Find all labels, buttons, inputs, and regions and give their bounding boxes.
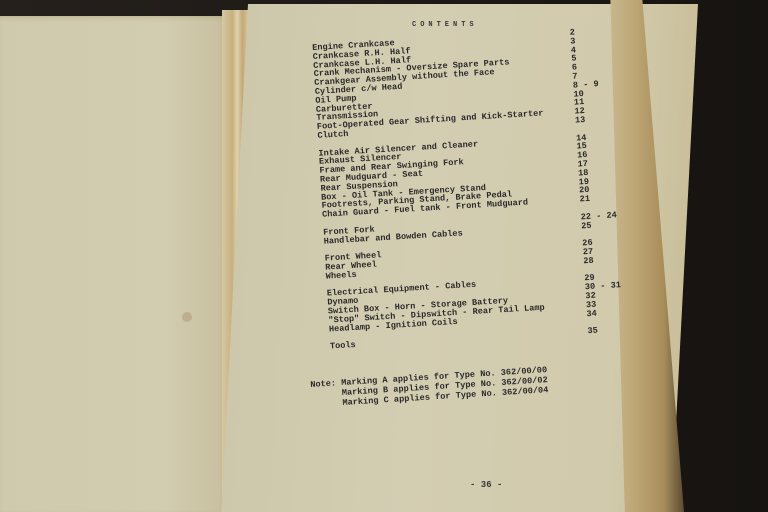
page-number: - 36 - (470, 481, 502, 490)
table-of-contents: Engine Crankcase2Crankcase R.H. Half3Cra… (312, 24, 660, 351)
type-marking-note: Note: Marking A applies for Type No. 362… (310, 361, 611, 410)
toc-entry-title: Tools (330, 341, 356, 351)
page-heading: CONTENTS (412, 21, 478, 30)
note-label: Note: (310, 378, 336, 390)
toc-entry-page: 35 (587, 327, 598, 336)
contents-page: CONTENTS Engine Crankcase2Crankcase R.H.… (0, 0, 768, 512)
